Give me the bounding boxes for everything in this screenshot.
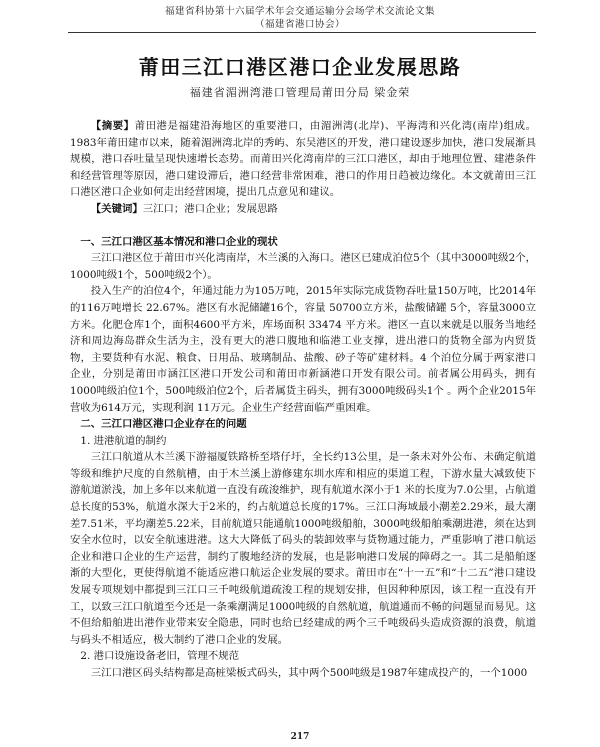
abstract: 【摘要】莆田港是福建沿海地区的重要港口，由湄洲湾(北岸)、平海湾和兴化湾(南岸)… xyxy=(70,118,536,201)
header-line-2: （福建省港口协会） xyxy=(0,18,600,31)
keywords-label: 【关键词】 xyxy=(91,203,143,215)
paper-title: 莆田三江口港区港口企业发展思路 xyxy=(0,51,600,80)
keywords: 【关键词】三江口；港口企业；发展思路 xyxy=(70,201,536,218)
section-heading-1: 一、三江口港区基本情况和港口企业的现状 xyxy=(70,234,536,251)
author-affiliation: 福建省湄洲湾港口管理局莆田分局 梁金荣 xyxy=(0,84,600,100)
header-line-1: 福建省科协第十六届学术年会交通运输分会场学术交流论文集 xyxy=(0,5,600,18)
paper-body: 【摘要】莆田港是福建沿海地区的重要港口，由湄洲湾(北岸)、平海湾和兴化湾(南岸)… xyxy=(70,118,536,682)
spacer xyxy=(70,218,536,234)
abstract-text: 莆田港是福建沿海地区的重要港口，由湄洲湾(北岸)、平海湾和兴化湾(南岸)组成。1… xyxy=(70,120,536,198)
keywords-text: 三江口；港口企业；发展思路 xyxy=(143,203,278,215)
subsection-heading-2: 2. 港口设施设备老旧，管理不规范 xyxy=(70,648,536,665)
header-rule xyxy=(68,32,536,33)
page-number: 217 xyxy=(0,732,600,742)
section-heading-2: 二、三江口港区港口企业存在的问题 xyxy=(70,416,536,433)
paragraph: 三江口港区码头结构都是高桩梁板式码头，其中两个500吨级是1987年建成投产的，… xyxy=(70,665,536,682)
paragraph: 投入生产的泊位4个，年通过能力为105万吨，2015年实际完成货物吞吐量150万… xyxy=(70,283,536,416)
proceedings-header: 福建省科协第十六届学术年会交通运输分会场学术交流论文集 （福建省港口协会） xyxy=(0,5,600,31)
subsection-heading-1: 1. 进港航道的制约 xyxy=(70,433,536,450)
paragraph: 三江口港区位于莆田市兴化湾南岸，木兰溪的入海口。港区已建成泊位5个（其中3000… xyxy=(70,250,536,283)
paragraph: 三江口航道从木兰溪下游福厦铁路桥至塔仔圩，全长约13公里，是一条未对外公布、未确… xyxy=(70,449,536,648)
abstract-label: 【摘要】 xyxy=(91,120,135,132)
